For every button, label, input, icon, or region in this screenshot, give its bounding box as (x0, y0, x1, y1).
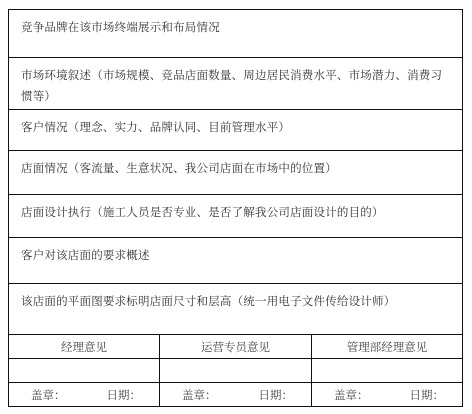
approval-header-row: 经理意见 运营专员意见 管理部经理意见 (9, 335, 462, 359)
admin-manager-opinion-field[interactable] (312, 359, 462, 382)
section-label: 店面设计执行（施工人员是否专业、是否了解我公司店面设计的目的） (21, 202, 452, 223)
section-market-environment: 市场环境叙述（市场规模、竞品店面数量、周边居民消费水平、市场潜力、消费习惯等） (9, 58, 462, 110)
section-label: 市场环境叙述（市场规模、竞品店面数量、周边居民消费水平、市场潜力、消费习惯等） (21, 65, 452, 107)
seal-label: 盖章： (334, 387, 369, 403)
seal-label: 盖章： (182, 387, 217, 403)
section-customer-requirements: 客户对该店面的要求概述 (9, 238, 462, 284)
manager-opinion-field[interactable] (9, 359, 160, 382)
admin-manager-opinion-header: 管理部经理意见 (312, 335, 462, 358)
date-label: 日期： (410, 387, 445, 403)
section-label: 客户对该店面的要求概述 (21, 245, 452, 266)
approval-opinion-row (9, 359, 462, 383)
date-label: 日期： (259, 387, 294, 403)
section-floor-plan-requirements: 该店面的平面图要求标明店面尺寸和层高（统一用电子文件传给设计师） (9, 284, 462, 335)
survey-form-table: 竞争品牌在该市场终端展示和布局情况 市场环境叙述（市场规模、竞品店面数量、周边居… (8, 9, 463, 407)
manager-signature-cell: 盖章： 日期： (9, 383, 160, 406)
date-label: 日期： (107, 387, 142, 403)
seal-label: 盖章： (31, 387, 66, 403)
section-label: 竞争品牌在该市场终端展示和布局情况 (21, 17, 452, 38)
manager-opinion-header: 经理意见 (9, 335, 160, 358)
section-label: 店面情况（客流量、生意状况、我公司店面在市场中的位置） (21, 158, 452, 179)
operations-specialist-signature-cell: 盖章： 日期： (160, 383, 312, 406)
section-store-design-execution: 店面设计执行（施工人员是否专业、是否了解我公司店面设计的目的） (9, 195, 462, 238)
operations-specialist-opinion-field[interactable] (160, 359, 312, 382)
approval-signature-row: 盖章： 日期： 盖章： 日期： 盖章： 日期： (9, 383, 462, 406)
section-store-situation: 店面情况（客流量、生意状况、我公司店面在市场中的位置） (9, 151, 462, 195)
admin-manager-signature-cell: 盖章： 日期： (312, 383, 462, 406)
section-label: 客户情况（理念、实力、品牌认同、目前管理水平） (21, 117, 452, 138)
section-competitor-brands: 竞争品牌在该市场终端展示和布局情况 (9, 10, 462, 58)
operations-specialist-opinion-header: 运营专员意见 (160, 335, 312, 358)
section-label: 该店面的平面图要求标明店面尺寸和层高（统一用电子文件传给设计师） (21, 291, 452, 312)
section-customer-situation: 客户情况（理念、实力、品牌认同、目前管理水平） (9, 110, 462, 151)
